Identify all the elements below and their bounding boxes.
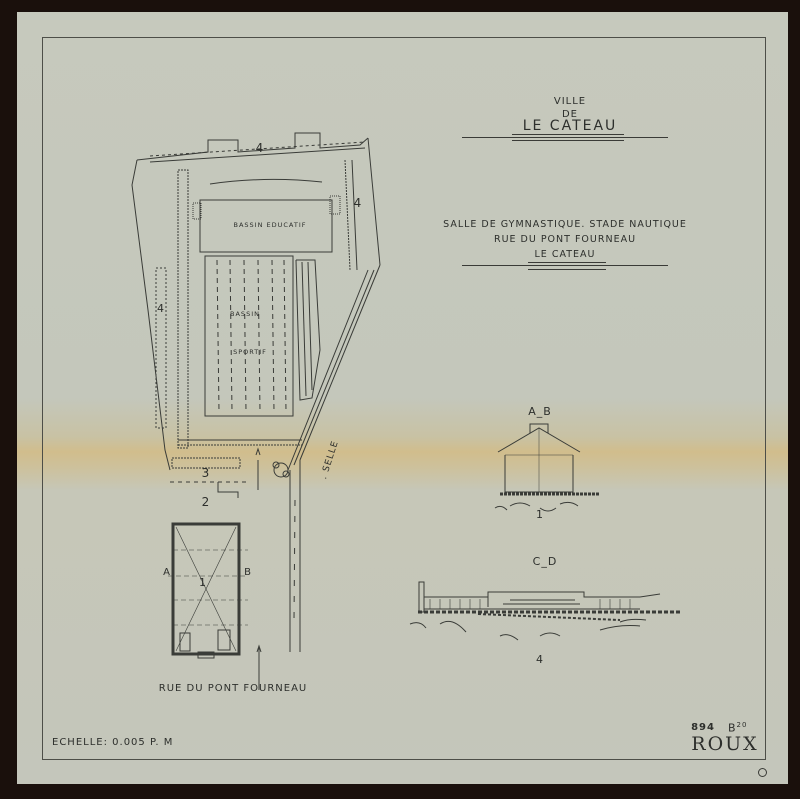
section-ab-title: A_B <box>520 405 560 418</box>
stamp-name: ROUX <box>690 733 760 755</box>
section-cd-number: 4 <box>534 653 546 666</box>
label-bassin: BASSIN <box>220 310 270 318</box>
section-ab-number: 1 <box>534 508 546 521</box>
stamp-number: 894 <box>688 722 718 733</box>
stamp-sheet-sup: 20 <box>737 721 748 729</box>
zone-4-right: 4 <box>352 196 364 210</box>
plan-drawing <box>0 0 800 799</box>
scale-label: ECHELLE: 0.005 P. M <box>52 737 212 748</box>
marker-a: A <box>161 567 173 578</box>
zone-4-left: 4 <box>155 302 167 315</box>
zone-4-top: 4 <box>254 141 266 155</box>
zone-1: 1 <box>197 576 209 589</box>
label-sportif: SPORTIF <box>220 348 280 356</box>
stamp-circle-icon <box>758 768 767 777</box>
marker-b: B <box>242 567 254 578</box>
label-bassin-educatif: BASSIN EDUCATIF <box>215 221 325 229</box>
zone-2: 2 <box>200 495 212 509</box>
section-cd-title: C_D <box>520 555 570 568</box>
label-street: RUE DU PONT FOURNEAU <box>148 683 318 694</box>
zone-3: 3 <box>200 466 212 480</box>
